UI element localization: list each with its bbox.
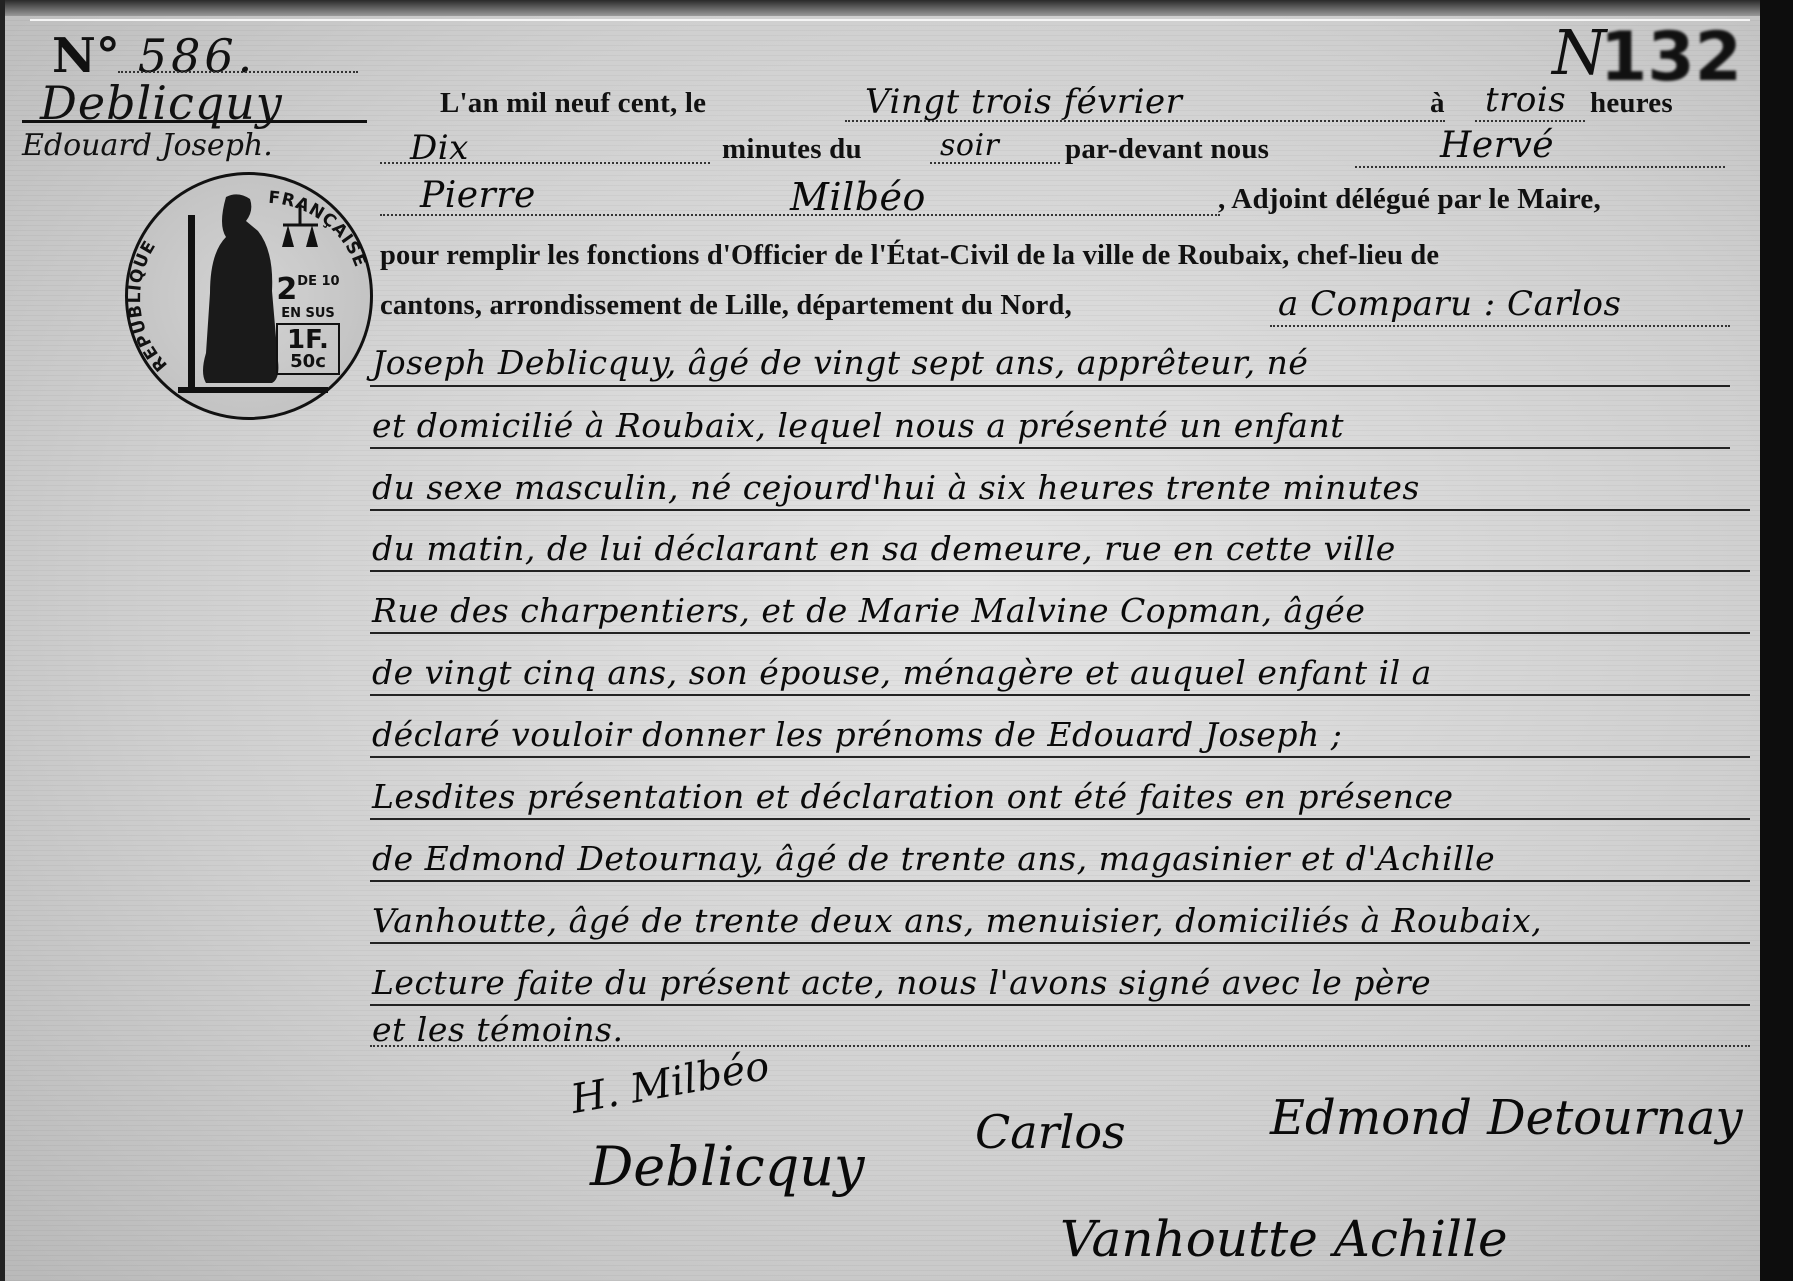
dotline (1270, 325, 1730, 327)
hand-officer-middle: Pierre (420, 175, 536, 216)
ruled-line (370, 818, 1750, 820)
printed-cantons: cantons, arrondissement de Lille, départ… (380, 290, 1072, 322)
ruled-line (370, 509, 1750, 511)
signature-officer: H. Milbéo (568, 1043, 773, 1123)
hand-line-12: et les témoins. (372, 1010, 623, 1049)
signature-witness-2: Vanhoutte Achille (1060, 1210, 1508, 1268)
hand-period: soir (940, 128, 999, 163)
ruled-line (370, 570, 1750, 572)
printed-year-clause: L'an mil neuf cent, le (440, 87, 706, 120)
page-initial: N (1552, 16, 1606, 89)
register-page: N°586. Deblicquy Edouard Joseph. N 132 R… (0, 0, 1760, 1281)
ruled-line (370, 632, 1750, 634)
printed-adjoint: , Adjoint délégué par le Maire, (1218, 183, 1601, 216)
ruled-line (370, 447, 1730, 449)
hand-line-7: déclaré vouloir donner les prénoms de Ed… (372, 715, 1342, 754)
tax-stamp: RÉPUBLIQUE FRANÇAISE 2DE 10 EN SUS 1F. 5… (125, 172, 373, 420)
signature-father-first: Carlos (975, 1105, 1126, 1159)
ruled-line (370, 942, 1750, 944)
ruled-line (370, 880, 1750, 882)
hand-minutes: Dix (410, 128, 469, 168)
page-number: 132 (1600, 18, 1742, 97)
stamp-left-text: RÉPUBLIQUE (128, 237, 172, 375)
hand-officer-first: Hervé (1440, 125, 1554, 166)
scan-left-edge (0, 0, 5, 1281)
svg-text:RÉPUBLIQUE: RÉPUBLIQUE (128, 237, 172, 375)
hand-line-3: du sexe masculin, né cejourd'hui à six h… (372, 468, 1420, 507)
hand-line-8: Lesdites présentation et déclaration ont… (372, 777, 1454, 816)
printed-heures: heures (1590, 87, 1673, 120)
top-rule (30, 19, 1750, 21)
hand-comparu: a Comparu : Carlos (1278, 284, 1621, 324)
hand-line-10: Vanhoutte, âgé de trente deux ans, menui… (372, 901, 1542, 940)
hand-line-5: Rue des charpentiers, et de Marie Malvin… (372, 591, 1365, 630)
act-number-value: 586. (138, 29, 256, 83)
scan-top-edge (0, 0, 1760, 16)
ruled-line (370, 385, 1730, 387)
scan-right-edge (1760, 0, 1793, 1281)
margin-surname-underline (22, 120, 367, 123)
printed-minutes: minutes du (722, 133, 862, 166)
printed-a: à (1430, 87, 1445, 120)
dotline (1355, 166, 1725, 168)
act-number-dotline (118, 71, 358, 73)
dotline (1475, 120, 1585, 122)
ruled-line (370, 694, 1750, 696)
ruled-line (370, 1004, 1750, 1006)
hand-hour: trois (1485, 80, 1566, 120)
hand-date: Vingt trois février (865, 82, 1182, 122)
hand-line-11: Lecture faite du présent acte, nous l'av… (372, 963, 1431, 1002)
signature-father: Deblicquy (590, 1135, 864, 1198)
svg-text:FRANÇAISE: FRANÇAISE (268, 188, 370, 271)
hand-line-6: de vingt cinq ans, son épouse, ménagère … (372, 653, 1432, 692)
hand-line-1: Joseph Deblicquy, âgé de vingt sept ans,… (372, 343, 1308, 382)
stamp-denomination: 2DE 10 EN SUS 1F. 50c (276, 275, 340, 375)
hand-officer-last: Milbéo (790, 175, 926, 219)
signature-witness-1: Edmond Detournay (1270, 1090, 1743, 1146)
hand-line-2: et domicilié à Roubaix, lequel nous a pr… (372, 406, 1344, 445)
ruled-line (370, 756, 1750, 758)
margin-given-names: Edouard Joseph. (22, 128, 273, 163)
stamp-right-text: FRANÇAISE (268, 188, 370, 271)
hand-line-9: de Edmond Detournay, âgé de trente ans, … (372, 839, 1495, 878)
hand-line-4: du matin, de lui déclarant en sa demeure… (372, 529, 1396, 568)
printed-par-devant: par-devant nous (1065, 133, 1269, 166)
printed-fonctions: pour remplir les fonctions d'Officier de… (380, 240, 1439, 272)
